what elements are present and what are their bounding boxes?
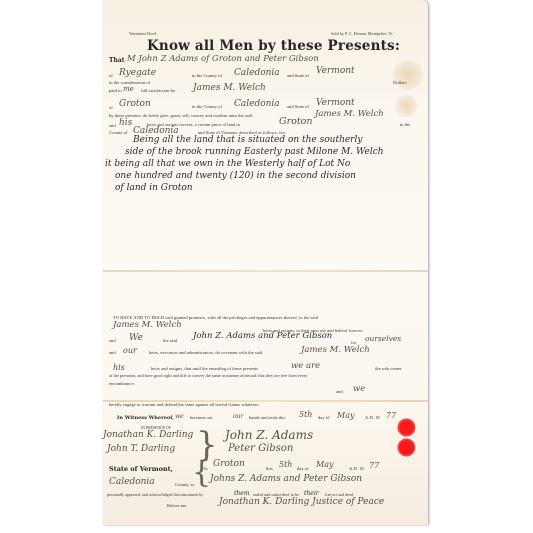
his: his xyxy=(113,363,125,372)
ack-day: 5th xyxy=(279,460,292,469)
sole-owner-label: the sole owner xyxy=(375,366,402,371)
description-line: one hundred and twenty (120) in the seco… xyxy=(115,171,356,181)
covenantors: John Z. Adams and Peter Gibson xyxy=(193,331,332,341)
witness-year: 77 xyxy=(386,411,396,420)
habendum-grantee-2: James M. Welch xyxy=(301,345,370,355)
we-are: we are xyxy=(291,361,320,371)
ad-label: A.D. 18 xyxy=(349,466,364,471)
ad-label: A.D. 18 xyxy=(365,415,380,420)
grantor-county: Caledonia xyxy=(234,68,280,78)
payer: James M. Welch xyxy=(193,83,266,93)
paper-stain xyxy=(395,95,417,117)
and-label: and xyxy=(109,338,116,343)
county-ss-label: County, ss. xyxy=(175,482,195,487)
dollars-label: Dollars xyxy=(393,80,407,85)
set-label: hereunto set xyxy=(190,415,212,420)
witness-day: 5th xyxy=(299,410,312,419)
appeared-label: personally appeared, and acknowledged th… xyxy=(107,492,203,497)
warrant-label: hereby engage to warrant and defend the … xyxy=(109,402,259,407)
and-label: and xyxy=(109,350,116,355)
description-line: it being all that we own in the Westerly… xyxy=(105,159,350,169)
hand-seal-label: hands and seals this xyxy=(249,415,285,420)
wax-seal xyxy=(399,420,414,435)
at-label: At xyxy=(203,466,208,471)
we: We xyxy=(129,333,143,343)
grantors: M John Z Adams of Groton and Peter Gibso… xyxy=(127,54,319,64)
signatory-signature: Peter Gibson xyxy=(228,443,293,454)
grantor-town: Ryegate xyxy=(119,68,156,78)
their: their xyxy=(304,490,319,497)
state-heading: State of Vermont, xyxy=(109,465,173,473)
we: we xyxy=(353,384,365,394)
paid-to-label: paid to xyxy=(109,88,122,93)
justice-signature: Jonathan K. Darling Justice of Peace xyxy=(219,497,384,507)
payer-state: Vermont xyxy=(316,98,355,108)
them: them xyxy=(234,490,250,497)
this-label: this xyxy=(266,466,273,471)
executors-label: heirs, executors and administrators, do … xyxy=(149,350,262,355)
witness-signature: Jonathan K. Darling xyxy=(103,430,193,440)
we: we xyxy=(175,413,184,420)
seller-note: Sold by P. C. Pitman, Montpelier, Vt. xyxy=(331,31,393,36)
description-line: Being all the land that is situated on t… xyxy=(133,135,362,145)
our: our xyxy=(233,413,243,420)
description-line: of land in Groton xyxy=(115,183,193,193)
and-label: and xyxy=(336,389,343,394)
ack-county: Caledonia xyxy=(109,477,155,487)
satisfaction-label: full satisfaction by xyxy=(141,88,175,93)
payer-county: Caledonia xyxy=(234,99,280,109)
land-town: Groton xyxy=(279,116,313,127)
payer-town: Groton xyxy=(119,99,151,109)
ourselves: ourselves xyxy=(365,334,401,343)
signatory-signature: John Z. Adams xyxy=(225,428,313,442)
that-label: That xyxy=(109,57,125,64)
wax-seal xyxy=(399,440,414,455)
document-title: Know all Men by these Presents: xyxy=(147,38,400,54)
ack-year: 77 xyxy=(369,461,379,470)
in-the-label: in the xyxy=(400,122,410,127)
grantee: James M. Welch xyxy=(315,109,384,119)
state-label: and State of xyxy=(287,73,309,78)
habendum-grantee: James M. Welch xyxy=(113,320,182,330)
ack-town: Groton xyxy=(213,459,245,469)
deed-type-label: Warrantee Deed. xyxy=(129,31,157,36)
county-label: in the County of xyxy=(192,73,222,78)
before-label: Before me, xyxy=(167,503,187,508)
description-line: side of the brook running Easterly past … xyxy=(125,147,384,157)
deed-document: Warrantee Deed. Sold by P. C. Pitman, Mo… xyxy=(103,0,428,525)
of-label: of xyxy=(109,73,113,78)
state-label: and State of xyxy=(287,104,309,109)
encumbrance-label: encumbrance; xyxy=(109,381,135,386)
day-of-label: day of xyxy=(318,415,330,420)
and-label: and xyxy=(109,123,116,128)
ack-month: May xyxy=(316,460,333,469)
our: our xyxy=(123,346,137,355)
witness-month: May xyxy=(337,411,354,420)
seized-label: heirs and assigns, that until the enseal… xyxy=(151,366,258,371)
county-of-label: County of xyxy=(109,130,128,135)
of-label: of xyxy=(109,105,113,110)
paper-stain xyxy=(393,60,423,90)
paid-to: me xyxy=(123,85,134,93)
premises-label: of the premises, and have good right and… xyxy=(109,373,307,378)
county-label: in the County of xyxy=(192,104,222,109)
grantor-state: Vermont xyxy=(316,66,355,76)
his: his xyxy=(119,118,132,128)
day-of-label: day of xyxy=(297,466,309,471)
the-said-label: the said xyxy=(163,338,177,343)
fold-line xyxy=(103,270,428,272)
ack-persons: Johns Z. Adams and Peter Gibson xyxy=(210,474,362,484)
witness-signature: John T. Darling xyxy=(107,444,175,454)
witness-heading: In Witness Whereof, xyxy=(117,415,174,421)
